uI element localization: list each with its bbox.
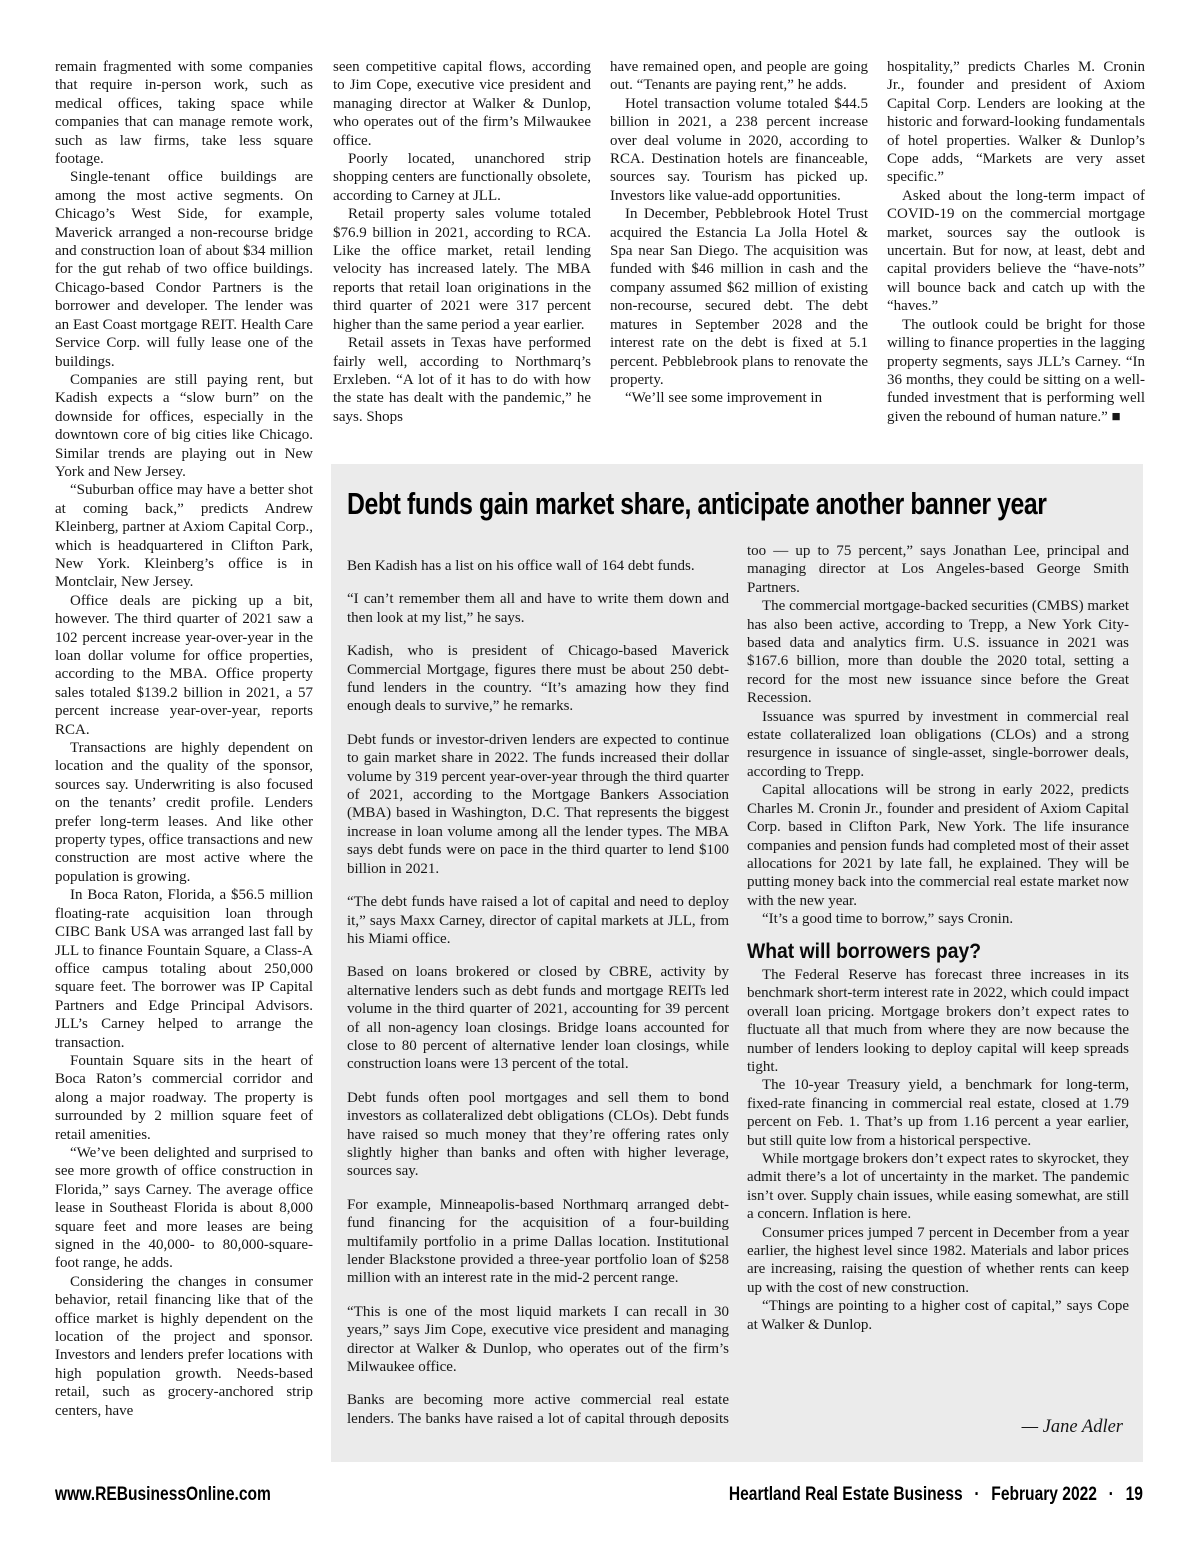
paragraph: seen competitive capital flows, accordin… (333, 58, 591, 150)
paragraph: Poorly located, unanchored strip shoppin… (333, 150, 591, 205)
sidebar-headline: Debt funds gain market share, anticipate… (347, 486, 973, 522)
article-column-4: hospitality,” predicts Charles M. Cronin… (887, 58, 1145, 462)
paragraph: Banks are becoming more active commercia… (347, 1391, 729, 1424)
magazine-page: remain fragmented with some companies th… (0, 0, 1200, 1555)
article-columns-row: seen competitive capital flows, accordin… (333, 58, 1145, 462)
sidebar-column-left: Ben Kadish has a list on his office wall… (347, 542, 729, 1424)
paragraph: “Suburban office may have a better shot … (55, 481, 313, 591)
paragraph: Capital allocations will be strong in ea… (747, 781, 1129, 910)
paragraph: remain fragmented with some companies th… (55, 58, 313, 168)
paragraph: Fountain Square sits in the heart of Boc… (55, 1052, 313, 1144)
article-column-2: seen competitive capital flows, accordin… (333, 58, 591, 462)
paragraph: In Boca Raton, Florida, a $56.5 million … (55, 886, 313, 1052)
paragraph: Retail assets in Texas have performed fa… (333, 334, 591, 426)
paragraph: Transactions are highly dependent on loc… (55, 739, 313, 886)
paragraph: Single-tenant office buildings are among… (55, 168, 313, 370)
paragraph: “I can’t remember them all and have to w… (347, 590, 729, 627)
paragraph: For example, Minneapolis-based Northmarq… (347, 1196, 729, 1288)
paragraph: “Things are pointing to a higher cost of… (747, 1297, 1129, 1334)
paragraph: “The debt funds have raised a lot of cap… (347, 893, 729, 948)
paragraph: “We’ve been delighted and surprised to s… (55, 1144, 313, 1273)
paragraph: Consumer prices jumped 7 percent in Dece… (747, 1224, 1129, 1298)
paragraph: Debt funds often pool mortgages and sell… (347, 1089, 729, 1181)
paragraph: Retail property sales volume totaled $76… (333, 205, 591, 334)
paragraph: “We’ll see some improvement in (610, 389, 868, 407)
sidebar-subhead: What will borrowers pay? (747, 943, 1098, 961)
paragraph: Office deals are picking up a bit, howev… (55, 592, 313, 739)
footer-separator: · (974, 1484, 979, 1505)
page-footer: www.REBusinessOnline.com Heartland Real … (55, 1484, 1143, 1506)
paragraph: The Federal Reserve has forecast three i… (747, 966, 1129, 1076)
debt-funds-sidebar-box: Debt funds gain market share, anticipate… (331, 464, 1143, 1462)
footer-separator: · (1109, 1484, 1114, 1505)
sidebar-right-bottom-paragraphs: The Federal Reserve has forecast three i… (747, 966, 1129, 1334)
paragraph: In December, Pebblebrook Hotel Trust acq… (610, 205, 868, 389)
paragraph: Hotel transaction volume totaled $44.5 b… (610, 95, 868, 205)
paragraph: Companies are still paying rent, but Kad… (55, 371, 313, 481)
footer-website: www.REBusinessOnline.com (55, 1484, 271, 1506)
paragraph: “This is one of the most liquid markets … (347, 1303, 729, 1377)
paragraph: The 10-year Treasury yield, a benchmark … (747, 1076, 1129, 1150)
paragraph: The outlook could be bright for those wi… (887, 316, 1145, 426)
sidebar-right-top-paragraphs: too — up to 75 percent,” says Jonathan L… (747, 542, 1129, 929)
paragraph: Based on loans brokered or closed by CBR… (347, 963, 729, 1073)
article-column-1: remain fragmented with some companies th… (55, 58, 313, 1468)
paragraph: Asked about the long-term impact of COVI… (887, 187, 1145, 316)
paragraph: Ben Kadish has a list on his office wall… (347, 557, 729, 575)
byline: — Jane Adler (1022, 1417, 1123, 1438)
article-column-3: have remained open, and people are going… (610, 58, 868, 462)
footer-publication-name: Heartland Real Estate Business (729, 1484, 963, 1505)
paragraph: While mortgage brokers don’t expect rate… (747, 1150, 1129, 1224)
paragraph: Kadish, who is president of Chicago-base… (347, 642, 729, 716)
footer-page-number: 19 (1126, 1484, 1143, 1505)
paragraph: Considering the changes in consumer beha… (55, 1273, 313, 1420)
paragraph: “It’s a good time to borrow,” says Croni… (747, 910, 1129, 928)
paragraph: The commercial mortgage-backed securitie… (747, 597, 1129, 707)
paragraph: too — up to 75 percent,” says Jonathan L… (747, 542, 1129, 597)
sidebar-column-right: too — up to 75 percent,” says Jonathan L… (747, 542, 1129, 1424)
paragraph: have remained open, and people are going… (610, 58, 868, 95)
footer-issue-date: February 2022 (991, 1484, 1097, 1505)
sidebar-columns: Ben Kadish has a list on his office wall… (347, 542, 1129, 1424)
footer-publication-line: Heartland Real Estate Business · Februar… (729, 1484, 1143, 1506)
paragraph: Issuance was spurred by investment in co… (747, 708, 1129, 782)
paragraph: hospitality,” predicts Charles M. Cronin… (887, 58, 1145, 187)
paragraph: Debt funds or investor-driven lenders ar… (347, 731, 729, 878)
